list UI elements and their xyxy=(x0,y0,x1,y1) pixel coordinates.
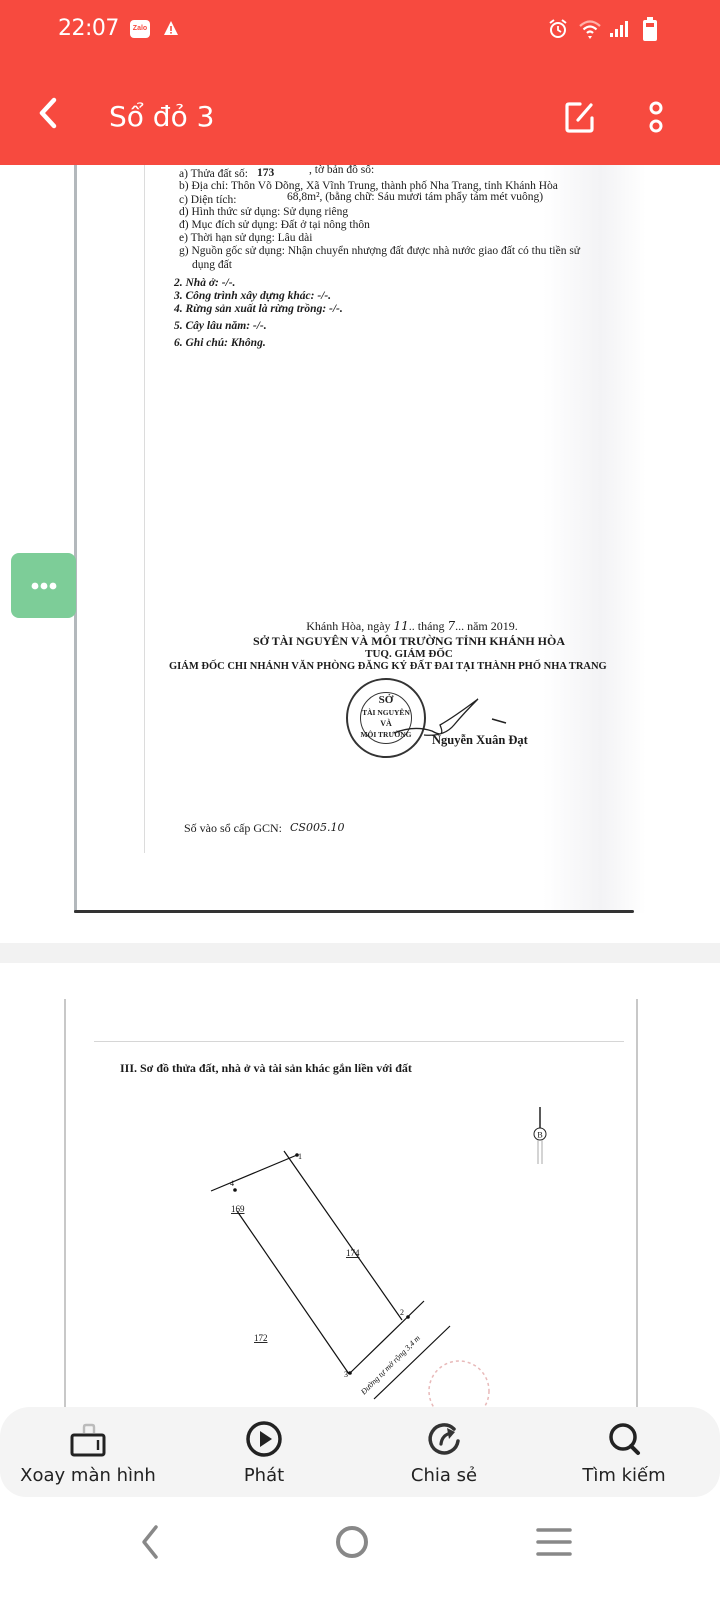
page-separator xyxy=(0,943,720,963)
registry-number-value: CS005.10 xyxy=(290,821,344,834)
share-button[interactable]: Chia sẻ xyxy=(394,1407,494,1497)
section-house: 2. Nhà ở: -/-. xyxy=(174,277,235,289)
issuing-agency: SỞ TÀI NGUYÊN VÀ MÔI TRƯỜNG TỈNH KHÁNH H… xyxy=(129,634,689,649)
app-bar: Sổ đỏ 3 xyxy=(0,60,720,165)
more-options-button[interactable] xyxy=(648,100,664,136)
svg-text:174: 174 xyxy=(346,1248,360,1258)
edit-square-icon xyxy=(564,100,596,134)
document-viewer[interactable]: 1. Thửa đất: a) Thửa đất số: 173 , tờ bả… xyxy=(0,165,720,1408)
signer-name: Nguyễn Xuân Đạt xyxy=(432,733,528,748)
svg-text:1: 1 xyxy=(298,1152,302,1161)
section-land-parcel-title: 1. Thửa đất: xyxy=(174,165,233,167)
section-production-forest: 4. Rừng sản xuất là rừng trồng: -/-. xyxy=(174,303,343,315)
svg-text:4: 4 xyxy=(230,1179,234,1188)
recents-icon xyxy=(530,1517,580,1567)
signing-date-line: Khánh Hòa, ngày 11.. tháng 7... năm 2019… xyxy=(132,619,692,634)
signing-month-label: tháng xyxy=(418,619,445,633)
nav-back-button[interactable] xyxy=(126,1517,176,1567)
search-button[interactable]: Tìm kiếm xyxy=(564,1407,684,1497)
status-time: 22:07 xyxy=(58,16,119,41)
svg-text:3: 3 xyxy=(344,1370,348,1379)
floating-quick-menu-button[interactable] xyxy=(11,553,76,618)
section-other-construction: 3. Công trình xây dựng khác: -/-. xyxy=(174,290,331,302)
on-behalf-of: TUQ. GIÁM ĐỐC xyxy=(129,648,689,660)
rotate-screen-button[interactable]: Xoay màn hình xyxy=(18,1407,158,1497)
usage-term-field: e) Thời hạn sử dụng: Lâu dài xyxy=(179,232,312,244)
nav-home-button[interactable] xyxy=(327,1517,377,1567)
share-label: Chia sẻ xyxy=(411,1465,477,1486)
warning-icon xyxy=(163,20,179,36)
status-bar: 22:07 Zalo xyxy=(0,0,720,60)
document-page-1: 1. Thửa đất: a) Thửa đất số: 173 , tờ bả… xyxy=(74,165,646,913)
map-sheet-value: 8 xyxy=(431,165,437,168)
signing-place: Khánh Hòa, ngày xyxy=(306,619,390,633)
section-notes: 6. Ghi chú: Không. xyxy=(174,337,266,349)
signal-icon xyxy=(609,20,629,38)
page-edge xyxy=(74,165,77,913)
alarm-icon xyxy=(548,18,568,40)
svg-text:B: B xyxy=(537,1131,542,1140)
svg-text:Đường tự mở rộng 3,4 m: Đường tự mở rộng 3,4 m xyxy=(358,1333,422,1397)
usage-purpose-field: đ) Mục đích sử dụng: Đất ở tại nông thôn xyxy=(179,219,370,231)
signing-year: 2019 xyxy=(491,619,515,633)
section-perennial-trees: 5. Cây lâu năm: -/-. xyxy=(174,320,267,332)
page-bottom-edge xyxy=(74,910,634,913)
signer-position: GIÁM ĐỐC CHI NHÁNH VĂN PHÒNG ĐĂNG KÝ ĐẤT… xyxy=(169,661,607,672)
parcel-number-label: a) Thửa đất số: xyxy=(179,168,248,180)
album-title: Sổ đỏ 3 xyxy=(109,100,214,133)
svg-text:169: 169 xyxy=(231,1204,245,1214)
play-circle-icon xyxy=(244,1419,284,1459)
chevron-left-icon xyxy=(34,96,64,130)
edit-button[interactable] xyxy=(564,100,596,134)
more-vertical-icon xyxy=(648,100,664,136)
more-horizontal-icon xyxy=(31,582,57,590)
parcel-number-value: 173 xyxy=(257,167,274,179)
nav-recents-button[interactable] xyxy=(530,1517,580,1567)
svg-text:172: 172 xyxy=(254,1333,268,1343)
rotate-screen-label: Xoay màn hình xyxy=(20,1465,156,1486)
wifi-icon xyxy=(578,18,602,40)
signing-year-label: năm xyxy=(467,619,488,633)
document-page-2: III. Sơ đồ thửa đất, nhà ở và tài sản kh… xyxy=(64,999,642,1408)
page-fold-line xyxy=(144,165,145,853)
search-icon xyxy=(604,1419,644,1459)
share-icon xyxy=(424,1419,464,1459)
play-label: Phát xyxy=(244,1465,284,1486)
land-plot-diagram: B 169 174 172 1 2 3 xyxy=(64,999,642,1408)
usage-origin-field: g) Nguồn gốc sử dụng: Nhận chuyển nhượng… xyxy=(179,245,580,257)
bottom-action-bar: Xoay màn hình Phát Chia sẻ Tìm kiếm xyxy=(0,1407,720,1497)
search-label: Tìm kiếm xyxy=(582,1465,665,1486)
signing-day: 11 xyxy=(394,619,409,633)
svg-text:2: 2 xyxy=(400,1308,404,1317)
signing-month: 7 xyxy=(447,619,455,633)
system-navigation-bar xyxy=(0,1497,720,1603)
north-arrow-icon: B xyxy=(534,1107,546,1164)
home-icon xyxy=(327,1517,377,1567)
battery-icon xyxy=(643,17,657,41)
back-button[interactable] xyxy=(34,96,64,130)
zalo-icon: Zalo xyxy=(130,20,150,38)
gallery-document-viewer: 22:07 Zalo Sổ đỏ 3 1. Thửa đất: a) Thửa … xyxy=(0,0,720,1603)
usage-form-field: d) Hình thức sử dụng: Sử dụng riêng xyxy=(179,206,348,218)
map-sheet-label: , tờ bản đồ số: xyxy=(309,165,374,176)
area-value: 68,8m², (bằng chữ: Sáu mươi tám phẩy tám… xyxy=(287,191,543,203)
rotate-screen-icon xyxy=(68,1419,108,1459)
area-label: c) Diện tích: xyxy=(179,194,236,206)
usage-origin-continued: dụng đất xyxy=(192,259,232,271)
back-icon xyxy=(126,1517,176,1567)
registry-number-label: Số vào sổ cấp GCN: xyxy=(184,821,282,836)
play-slideshow-button[interactable]: Phát xyxy=(214,1407,314,1497)
